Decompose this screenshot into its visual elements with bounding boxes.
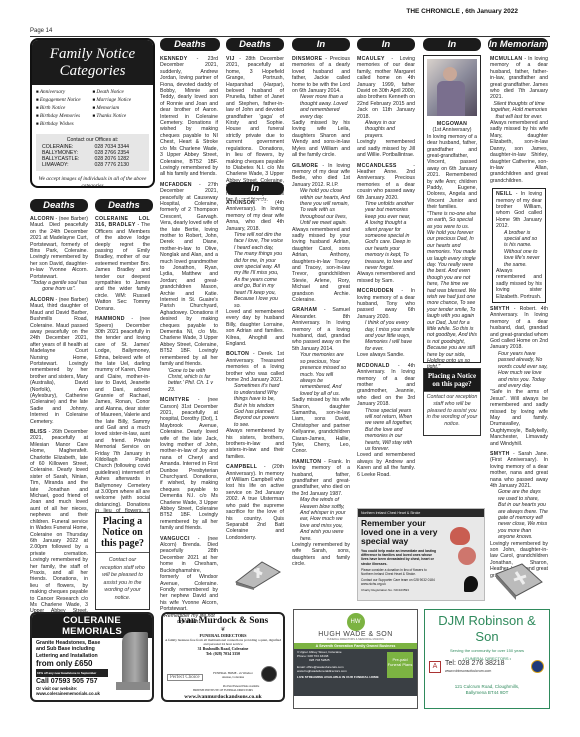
page-number: Page 14 (30, 28, 52, 34)
category-item: Birth Notice (36, 104, 93, 112)
memoriam-column-8: MCMULLAN - In loving memory of a dear hu… (490, 56, 548, 583)
category-item: Anniversary (36, 88, 93, 96)
bible-icon (232, 558, 282, 590)
website-link: www.colerainememorials.co.uk (36, 691, 148, 696)
section-header-in-memoriam: In Memoriam (357, 38, 415, 51)
section-header-in-memoriam: In Memoriam (423, 38, 481, 51)
top-rule (30, 36, 550, 37)
memoriam-column-6: MCAULEY - Loving memories of our dear fa… (357, 56, 415, 482)
category-item: Thanks Notice (93, 112, 150, 120)
phone-number: Tel: 028 276 38218 (445, 660, 505, 667)
masthead: THE CHRONICLE , 6th January 2022 (406, 8, 518, 15)
section-header-in-memoriam: In Memoriam (292, 38, 350, 51)
memoriam-column-4: ATKINSON - (4th Anniversary). In loving … (226, 200, 284, 545)
categories-list: Anniversary Death Notice Engagement Noti… (32, 85, 153, 131)
coleraine-memorials-ad: COLERAINE MEMORIALS Granite Headstones, … (30, 612, 154, 702)
ivan-murdock-ad: Ivan Murdock & Sons ❦ FUNERAL DIRECTORS … (161, 612, 285, 702)
prepaid-plans-badge: Pre-paid Funeral Plans (387, 652, 413, 678)
notice-mcdonald: MCDONALD - 4th Anniversary. In loving me… (357, 363, 415, 478)
notice-mcintyre: MCINTYRE - (nee Carson) 31st December 20… (160, 397, 218, 532)
djm-robinson-ad: DJM Robinson & Son Serving the community… (424, 609, 550, 709)
chest-heart-stroke-ad: Northern Ireland Chest Heart & Stroke Re… (357, 508, 485, 601)
deaths-column-3: KENNEDY - 23rd December 2021, suddenly, … (160, 56, 218, 629)
category-item: Marriage Notice (93, 96, 150, 104)
deaths-column-1: ALCORN - (nee Barber) Maud. Died peacefu… (30, 216, 88, 625)
notice-mcfadden: MCFADDEN - 27th December 2021, peacefull… (160, 182, 218, 393)
categories-title: Family Notice Categories (32, 40, 153, 85)
website-link: www.robinsonsofculcrum.com (445, 669, 491, 673)
heart-icon (458, 547, 476, 565)
hugh-wade-ad: HW HUGH WADE & SON FUNERAL DIRECTORS & M… (293, 609, 418, 709)
notice-neill: NEILL - In loving memory of my dear brot… (492, 188, 546, 303)
headstone-image (122, 632, 148, 684)
nafd-logo-icon: A (429, 661, 441, 673)
family-notice-categories: Family Notice Categories Anniversary Dea… (30, 38, 155, 188)
notice-mcmullan: MCMULLAN - In loving memory of a dear hu… (490, 56, 548, 184)
deaths-column-2: COLERAINE LOL 316, BRADLEY - The Officer… (95, 216, 150, 557)
notice-alcorn-2: ALCORN - (nee Barber) Maud, third daught… (30, 297, 88, 425)
website-link: www.ivanmurdockandsons.co.uk (163, 694, 283, 700)
category-item: Engagement Notice (36, 96, 93, 104)
crest-icon (531, 660, 544, 673)
notice-bliss: BLISS - 26th December 2021, peacefully a… (30, 429, 88, 621)
memoriam-column-5: DINSMORE - Precious memories of a dearly… (292, 56, 350, 572)
mcgowan-photo (427, 59, 477, 116)
section-header-deaths: Deaths (226, 38, 284, 51)
notice-graham: GRAHAM - Samuel Alexander. 8th Anniversa… (292, 307, 350, 454)
mcgowan-notice-box: MCGOWAN (1st Anniversary) In loving memo… (423, 55, 481, 363)
heart-icon (450, 527, 470, 545)
bifd-crest-icon (261, 666, 277, 682)
contact-offices: Contact our Offices at: COLERAINE:028 70… (36, 134, 149, 171)
section-header-deaths: Deaths (30, 199, 88, 212)
section-header-deaths: Deaths (160, 38, 220, 51)
section-header-in-memoriam: In Memoriam (226, 182, 284, 195)
section-header-deaths: Deaths (95, 199, 153, 212)
category-item: Birthday Wishes (36, 120, 93, 128)
notice-mcauley: MCAULEY - Loving memories of our dear fa… (357, 56, 415, 159)
category-item: Death Notice (93, 88, 150, 96)
bible-icon (492, 560, 544, 600)
notice-kennedy: KENNEDY - 23rd December 2021, suddenly, … (160, 56, 218, 178)
notice-hamilton: HAMILTON - Frank. In loving memory of a … (292, 459, 350, 568)
notice-campbell: CAMPBELL - (20th Anniversary). In memory… (226, 464, 284, 541)
hw-logo-icon: HW (347, 613, 365, 631)
phone-number: Tel: (028) 7034 3350 (163, 651, 283, 656)
notice-mccandless: MCCANDLESS - Heather Anne. 2nd Anniversa… (357, 163, 415, 285)
notice-bolton: BOLTON - Derek. 1st Anniversary. Treasur… (226, 351, 284, 460)
phone-number: 028 7776 2130 (94, 162, 143, 168)
notice-gilmore: GILMORE - In loving memory of my dear wi… (292, 163, 350, 304)
notice-smyth-robert: SMYTH - Robert. 4th Anniversary. In lovi… (490, 306, 548, 447)
placing-notice-box: Placing a Notice on this page? Contact o… (423, 368, 481, 436)
notice-dinsmore: DINSMORE - Precious memories of a dearly… (292, 56, 350, 159)
notice-atkinson: ATKINSON - (4th Anniversary). In loving … (226, 200, 284, 347)
notice-mccrudden: MCCRUDDEN - In loving memory of a dear h… (357, 288, 415, 358)
category-item: Memoriam (93, 104, 150, 112)
notice-lol-bradley: COLERAINE LOL 316, BRADLEY - The Officer… (95, 216, 150, 312)
ornament-icon: ❦ (163, 626, 283, 633)
chs-badge-icon (464, 576, 478, 592)
category-item: Birthday Memories (36, 112, 93, 120)
accept-images-note: We accept images of individuals in all o… (32, 174, 153, 188)
notice-alcorn-1: ALCORN - (nee Barber) Maud. Died peacefu… (30, 216, 88, 293)
placing-notice-box: Placing a Notice on this page? Contact o… (95, 512, 150, 610)
section-header-in-memoriam: In Memoriam (488, 38, 548, 51)
